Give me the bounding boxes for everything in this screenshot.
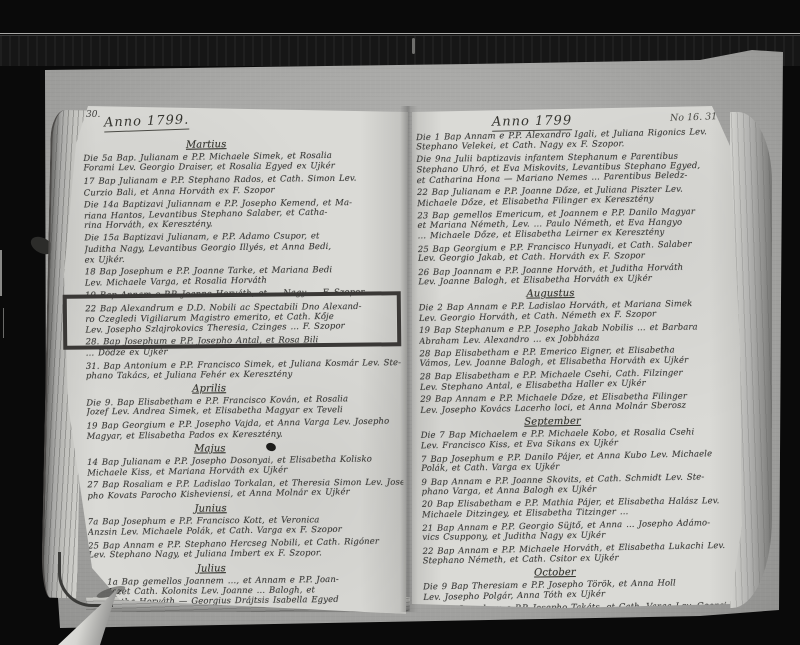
month-heading: Junius bbox=[88, 502, 334, 516]
register-entries-right: Die 1 Bap Annam e P.P. Alexandro Igali, … bbox=[416, 128, 728, 645]
record-highlight-box bbox=[63, 291, 402, 350]
month-heading: Majus bbox=[87, 442, 333, 455]
folio-number: No 16. 31. bbox=[670, 111, 721, 124]
left-page: 30. Anno 1799. MartiusDie 5a Bap. Julian… bbox=[62, 104, 408, 614]
page-number: 30. bbox=[86, 110, 100, 120]
register-line: Lev. Stephano Nagy, et Juliana Imbert ex… bbox=[88, 548, 404, 561]
year-heading-left: Anno 1799. bbox=[104, 113, 190, 133]
open-register-book: 30. Anno 1799. MartiusDie 5a Bap. Julian… bbox=[0, 0, 800, 645]
register-line: Forami Lev. Georgio Draiser, et Rosalia … bbox=[83, 161, 399, 174]
register-line: Csuti, et Theresia Czegmajster ex F. Szo… bbox=[424, 610, 728, 626]
month-heading: Aprilis bbox=[86, 382, 332, 396]
year-heading-right: Anno 1799 bbox=[492, 113, 572, 131]
register-entries-left: MartiusDie 5a Bap. Julianam e P.P. Micha… bbox=[83, 134, 405, 618]
month-heading: October bbox=[423, 566, 687, 580]
month-heading: Augustus bbox=[418, 287, 682, 301]
register-line: Joanne Balogh, et Juliana Horváth ex Ujk… bbox=[424, 634, 728, 645]
register-line: 15 Bap Josephum e P.P. Josepho Takáts, e… bbox=[423, 601, 727, 615]
month-heading: Martius bbox=[83, 137, 329, 152]
right-page: Anno 1799 No 16. 31. Die 1 Bap Annam e P… bbox=[412, 106, 742, 612]
book-gutter-shadow bbox=[400, 106, 418, 612]
photo-of-baptismal-register: 30. Anno 1799. MartiusDie 5a Bap. Julian… bbox=[0, 0, 800, 645]
register-line: phano Takács, et Juliana Fehér ex Keresz… bbox=[86, 368, 402, 381]
register-line: Jozef Lev. Andrea Simek, et Elisabetha M… bbox=[86, 405, 402, 418]
month-heading: Julius bbox=[88, 561, 334, 576]
register-line: 24 Bap Catharinam e P.P. Joanne Ripán, e… bbox=[424, 624, 728, 639]
